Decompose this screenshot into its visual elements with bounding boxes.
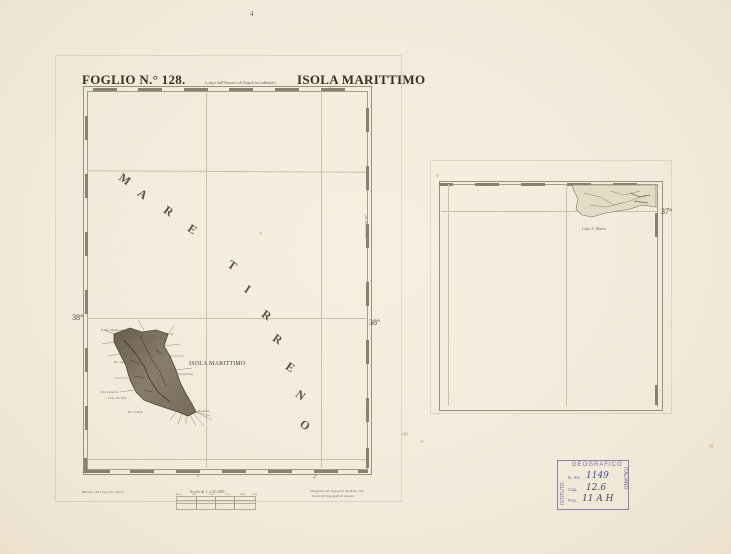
stamp-org-right: ITALIANO — [622, 467, 628, 489]
border-bar — [314, 470, 338, 473]
place-label: Faraglione — [178, 372, 193, 376]
border-bar — [358, 470, 368, 473]
scale-tick: 500 — [192, 493, 196, 496]
border-bar — [138, 88, 162, 91]
latitude-label-left: 38° — [72, 313, 83, 322]
credit-right-2: Incisi dal Topografi di Guerra — [312, 494, 354, 498]
border-bar — [229, 88, 253, 91]
scale-tick: 1500 — [225, 493, 230, 496]
map-sheet: 4 FOGLIO N.° 128. Long.e dall'Osserv.o d… — [0, 0, 731, 554]
border-bar — [268, 470, 292, 473]
scale-tick: 2500 — [252, 493, 257, 496]
meridian-line — [566, 184, 567, 406]
side-note: Distanza dal 38° — [364, 215, 368, 238]
border-bar — [176, 470, 200, 473]
island-marettimo-relief — [100, 320, 250, 430]
border-bar — [275, 88, 299, 91]
foxing-spot — [420, 440, 424, 443]
longitude-note: Long.e dall'Osserv.o di Napoli (occident… — [205, 80, 276, 85]
border-bar — [85, 290, 88, 314]
coastline-capo-san-marco — [570, 185, 658, 223]
border-bar — [439, 183, 453, 186]
bottom-tick-right: 2' — [313, 474, 317, 480]
border-bar — [85, 232, 88, 256]
border-bar — [366, 166, 369, 190]
scale-tick: 1000 — [209, 493, 214, 496]
archive-stamp: GEOGRAFICO ISTITUTO ITALIANO N. Inv. 114… — [557, 460, 629, 510]
place-label: P.ta Troia — [160, 332, 173, 336]
stamp-row3-value: 11 A H — [582, 494, 614, 504]
place-label: P.ta del Timone — [114, 360, 136, 364]
scale-bar — [176, 496, 256, 510]
stamp-row1-value: 1149 — [586, 471, 609, 481]
parallel-line — [87, 459, 366, 460]
stamp-org-top: GEOGRAFICO — [572, 462, 623, 468]
border-bar — [366, 282, 369, 306]
island-label: ISOLA MARITTIMO — [189, 361, 246, 367]
border-bar — [93, 88, 117, 91]
stamp-row2-value: 12.6 — [586, 483, 606, 493]
credit-right-1: Disegnato dal Topografi del Real. Uff. — [310, 489, 364, 493]
stamp-row3-label: Pos. — [568, 498, 577, 503]
latitude-label-right: 38° — [369, 318, 380, 327]
border-bar — [366, 108, 369, 132]
place-label: P.ta Libeccio — [101, 390, 119, 394]
border-bar — [85, 348, 88, 372]
border-bar — [130, 470, 154, 473]
place-label: Case Vecchie — [108, 396, 127, 400]
place-label-capo-san-marco: Capo S. Marco — [582, 226, 606, 231]
border-bar — [184, 88, 208, 91]
stamp-org-left: ISTITUTO — [560, 482, 566, 505]
border-bar — [85, 406, 88, 430]
border-bar — [84, 458, 87, 473]
border-bar — [366, 398, 369, 422]
stamp-row1-label: N. Inv. — [568, 475, 581, 480]
credit-left: Rilevato dal Cap.n Vol. Spoto — [82, 490, 124, 494]
border-bar — [521, 183, 545, 186]
border-bar — [366, 340, 369, 364]
border-bar — [655, 385, 658, 405]
foxing-spot — [709, 444, 714, 448]
parallel-line-38 — [87, 318, 366, 319]
border-bar — [85, 174, 88, 198]
border-bar — [222, 470, 246, 473]
border-bar — [86, 470, 110, 473]
meridian-line — [321, 91, 322, 468]
meridian-line — [448, 184, 449, 406]
stamp-row2-label: Cap. — [568, 487, 578, 492]
scale-tick: Metri — [176, 493, 182, 496]
border-bar — [85, 116, 88, 140]
border-bar — [366, 448, 369, 468]
border-bar — [321, 88, 345, 91]
place-label: Punta Mugnone — [101, 328, 123, 332]
latitude-label-37: 37° — [661, 207, 672, 216]
place-label: P.ta Sottile — [128, 410, 143, 414]
foxing-spot — [402, 432, 408, 436]
bottom-tick-left: 0' — [197, 474, 199, 478]
page-mark: 4 — [250, 10, 254, 18]
place-label: P.ta Bassana — [192, 409, 209, 413]
border-bar — [475, 183, 499, 186]
scale-tick: 2000 — [240, 493, 245, 496]
